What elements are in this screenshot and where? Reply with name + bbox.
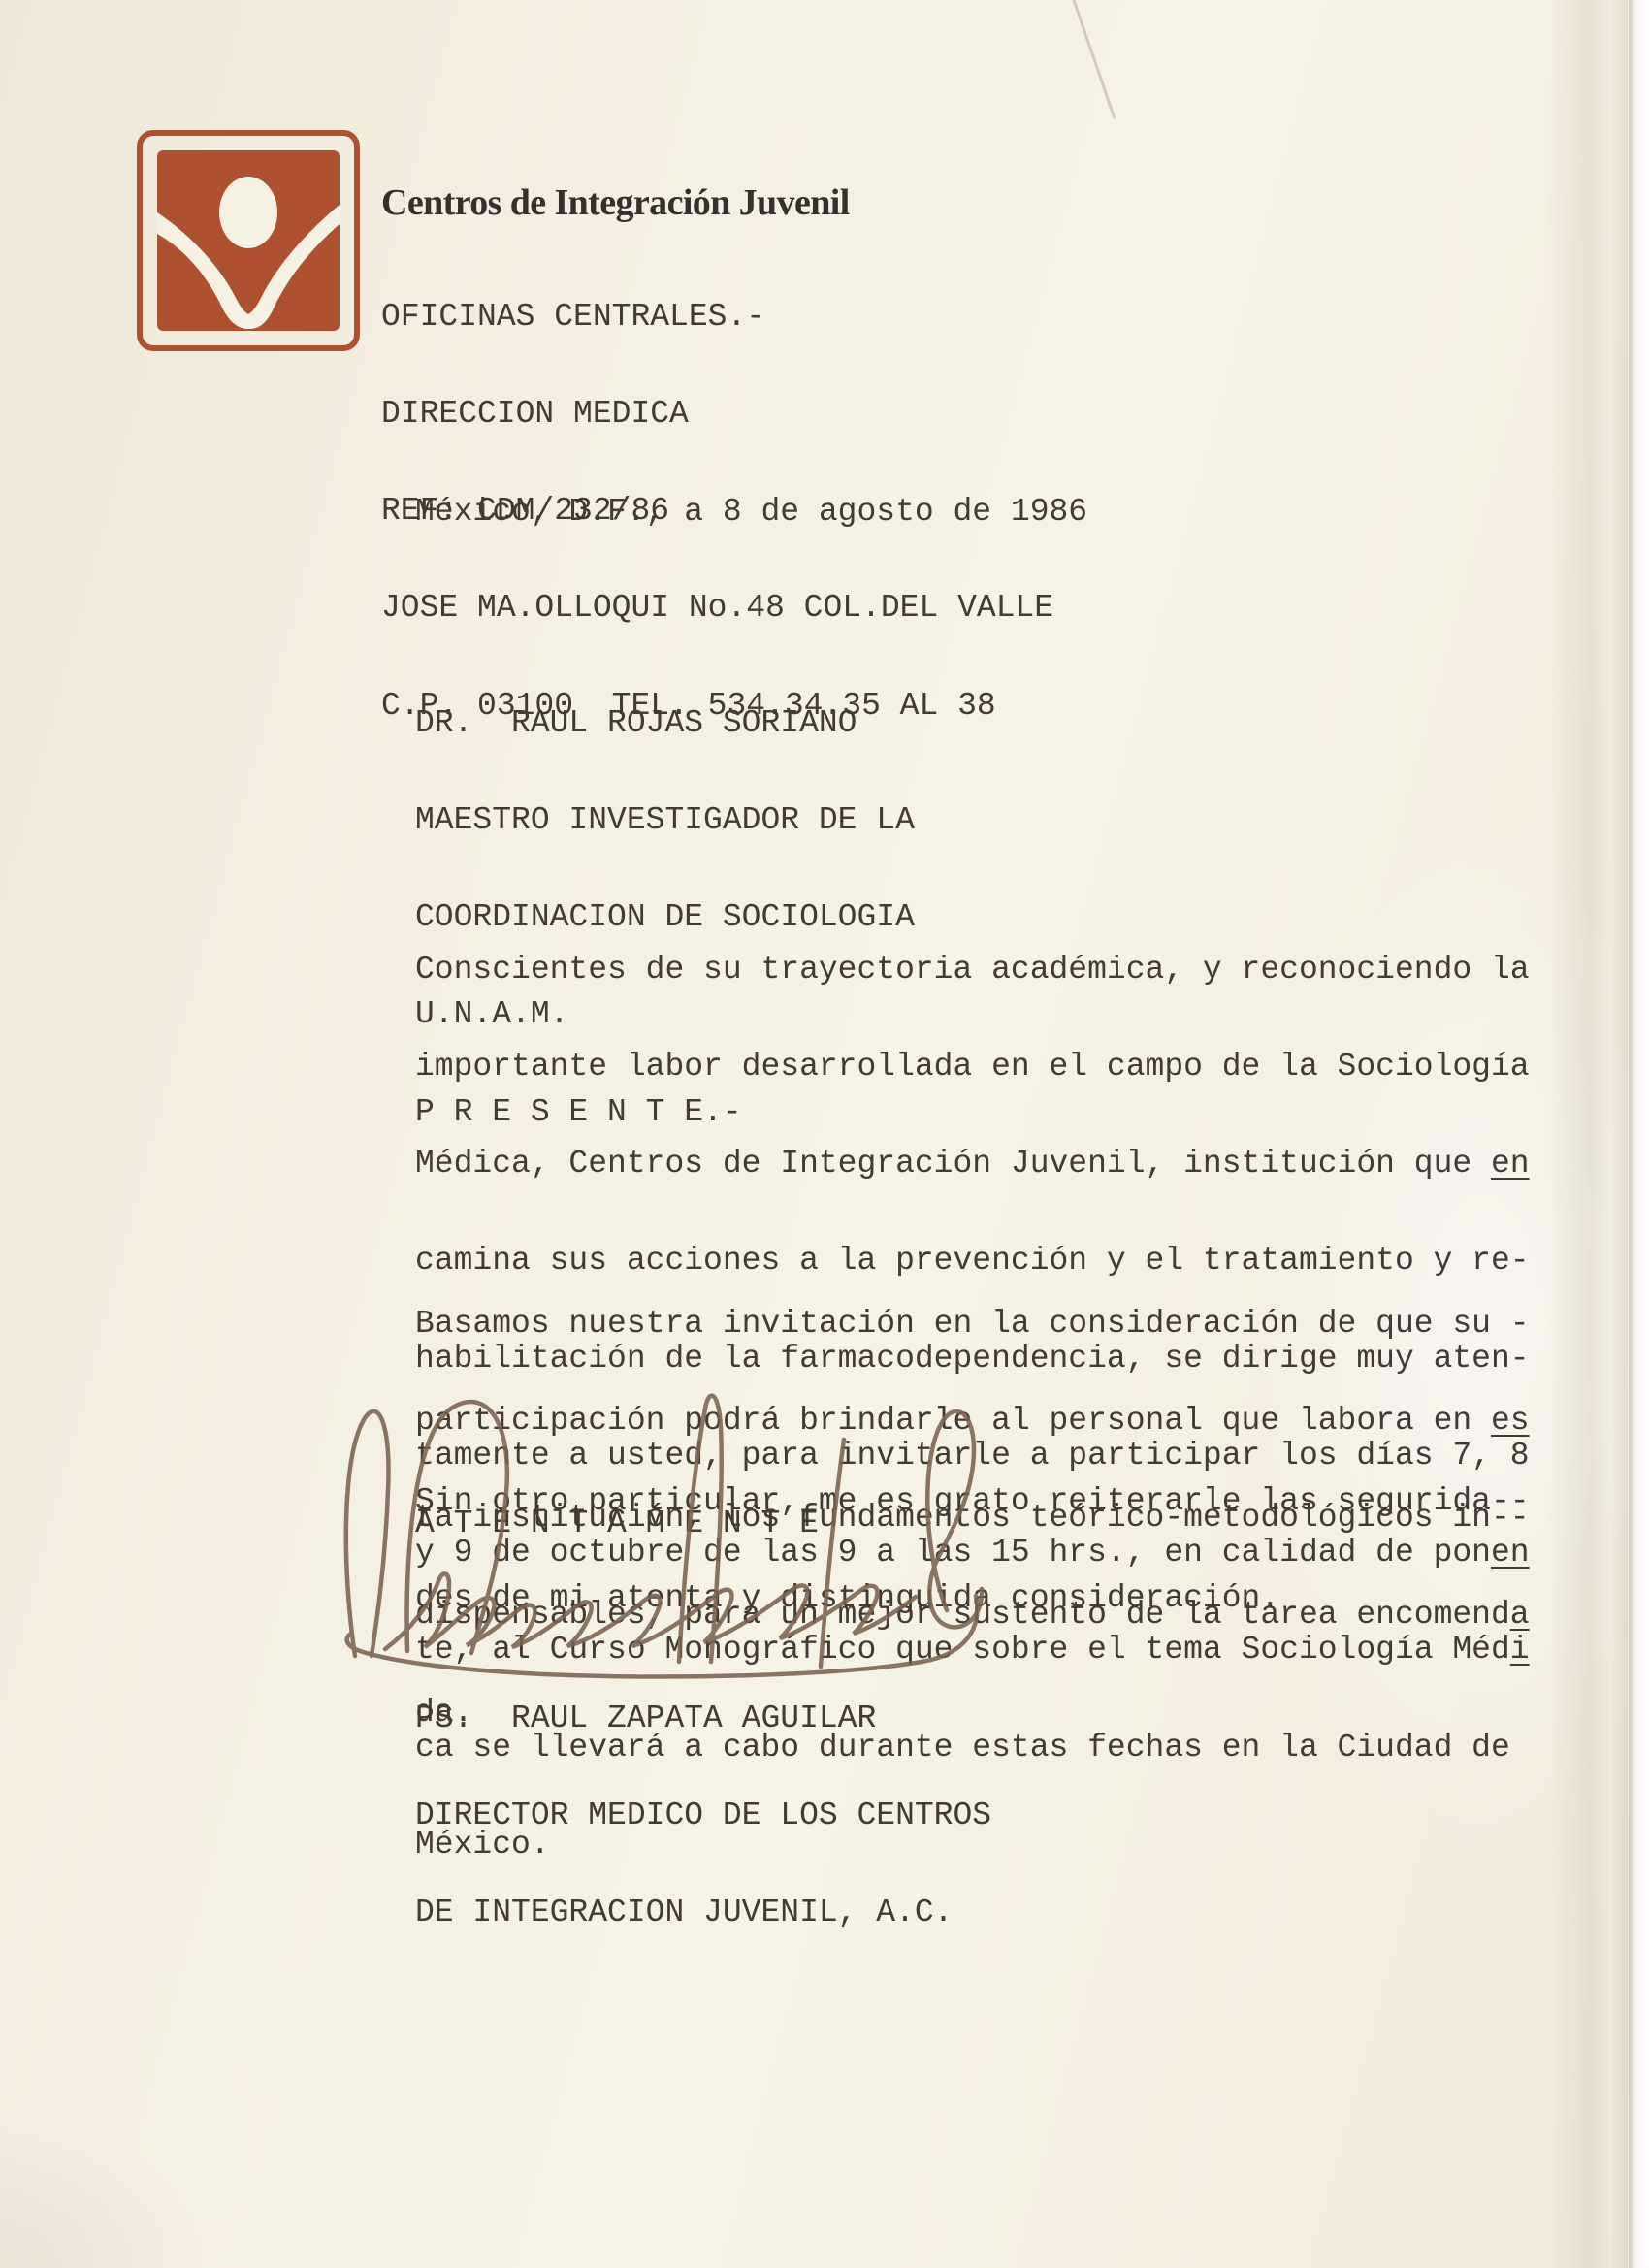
scanned-letter-page: Centros de Integración Juvenil OFICINAS … xyxy=(0,0,1649,2268)
letterhead-address: JOSE MA.OLLOQUI No.48 COL.DEL VALLE xyxy=(381,592,1053,624)
line-text: Conscientes de su trayectoria académica,… xyxy=(415,952,1530,988)
body-line: importante labor desarrollada en el camp… xyxy=(415,1051,1530,1083)
line-text: importante labor desarrollada en el camp… xyxy=(415,1049,1530,1085)
signatory-title-line2: DE INTEGRACION JUVENIL, A.C. xyxy=(415,1896,991,1928)
scanner-edge-strip xyxy=(1629,0,1649,2268)
date-line: México, D.F., a 8 de agosto de 1986 xyxy=(415,496,1087,528)
org-name: Centros de Integración Juvenil xyxy=(381,184,850,221)
signatory-name: PS. RAUL ZAPATA AGUILAR xyxy=(415,1702,991,1734)
logo-person-head xyxy=(219,177,277,248)
line-underlined-suffix: en xyxy=(1491,1146,1530,1182)
body-line: Médica, Centros de Integración Juvenil, … xyxy=(415,1148,1530,1180)
corner-crease-line xyxy=(1069,0,1115,119)
paper-fold-crease xyxy=(1548,0,1628,2268)
line-text: Basamos nuestra invitación en la conside… xyxy=(415,1306,1530,1342)
body-line: Basamos nuestra invitación en la conside… xyxy=(415,1308,1530,1340)
signatory-title-line1: DIRECTOR MEDICO DE LOS CENTROS xyxy=(415,1799,991,1831)
corner-shadow xyxy=(0,2113,213,2268)
letterhead-office: OFICINAS CENTRALES.- xyxy=(381,301,1053,333)
signatory-block: PS. RAUL ZAPATA AGUILAR DIRECTOR MEDICO … xyxy=(415,1637,991,1993)
line-text: des de mi atenta y distinguida considera… xyxy=(415,1580,1279,1616)
line-text: Médica, Centros de Integración Juvenil, … xyxy=(415,1146,1491,1182)
cij-person-logo xyxy=(136,129,361,352)
body-line: des de mi atenta y distinguida considera… xyxy=(415,1582,1530,1614)
recipient-title: MAESTRO INVESTIGADOR DE LA xyxy=(415,804,915,836)
closing-atentamente: A T E N T A M E N T E xyxy=(415,1507,819,1539)
body-line: Conscientes de su trayectoria académica,… xyxy=(415,954,1530,986)
letterhead-department: DIRECCION MEDICA xyxy=(381,398,1053,430)
recipient-name: DR. RAUL ROJAS SORIANO xyxy=(415,707,915,739)
